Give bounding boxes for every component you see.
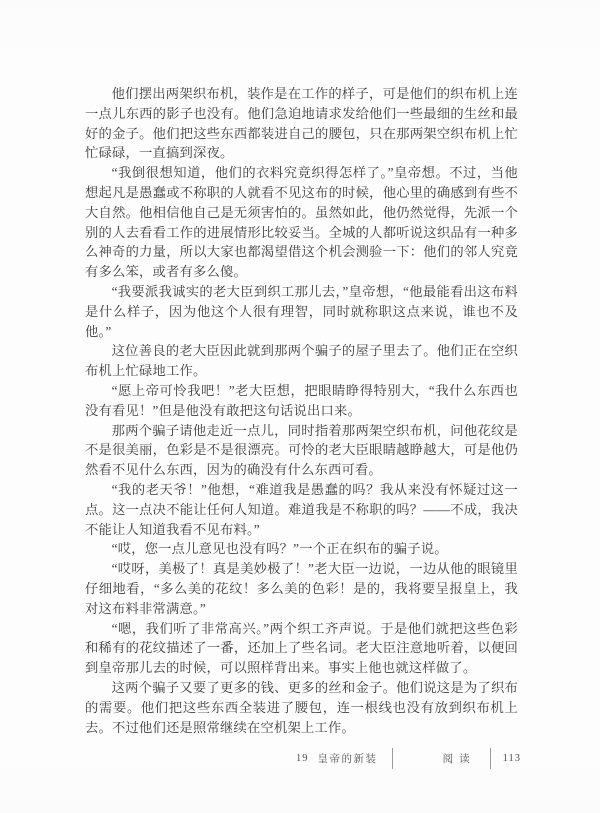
body-paragraph: “哎呀，美极了！真是美妙极了！”老大臣一边说，一边从他的眼镜里仔细地看，“多么美… [85, 559, 518, 618]
footer-divider [490, 748, 491, 769]
page-number: 113 [503, 753, 521, 764]
footer-lesson-group: 19 皇帝的新装 [296, 745, 403, 771]
lesson-number: 19 [296, 753, 309, 764]
body-paragraph: “我的老天爷！”他想，“难道我是愚蠢的吗？我从来没有怀疑过这一点。这一点决不能让… [85, 480, 518, 539]
body-paragraph: “愿上帝可怜我吧！”老大臣想，把眼睛睁得特别大，“我什么东西也没有看见！”但是他… [85, 381, 518, 421]
book-page: 他们摆出两架织布机，装作是在工作的样子，可是他们的织布机上连一点儿东西的影子也没… [0, 0, 600, 813]
body-paragraph: 这两个骗子又要了更多的钱、更多的丝和金子。他们说这是为了织布的需要。他们把这些东… [85, 678, 518, 737]
body-paragraph: “哎，您一点儿意见也没有吗？”一个正在织布的骗子说。 [85, 539, 518, 559]
body-paragraph: “我要派我诚实的老大臣到织工那儿去，”皇帝想，“他最能看出这布料是什么样子，因为… [85, 282, 518, 341]
body-paragraph: “我倒很想知道，他们的衣料究竟织得怎样了。”皇帝想。不过，当他想起凡是愚蠢或不称… [85, 163, 518, 282]
lesson-text-block: 他们摆出两架织布机，装作是在工作的样子，可是他们的织布机上连一点儿东西的影子也没… [85, 84, 518, 737]
footer-divider [392, 748, 393, 769]
body-paragraph: “嗯，我们听了非常高兴。”两个织工齐声说。于是他们就把这些色彩和稀有的花纹描述了… [85, 619, 518, 678]
body-paragraph: 他们摆出两架织布机，装作是在工作的样子，可是他们的织布机上连一点儿东西的影子也没… [85, 84, 518, 163]
body-paragraph: 那两个骗子请他走近一点儿，同时指着那两架空织布机，问他花纹是不是很美丽，色彩是不… [85, 421, 518, 480]
page-footer: 19 皇帝的新装 阅读 113 [0, 745, 600, 775]
body-paragraph: 这位善良的老大臣因此就到那两个骗子的屋子里去了。他们正在空织布机上忙碌地工作。 [85, 341, 518, 381]
footer-page-group: 阅读 113 [443, 745, 521, 771]
section-label: 阅读 [443, 751, 476, 766]
lesson-title: 皇帝的新装 [318, 751, 378, 766]
